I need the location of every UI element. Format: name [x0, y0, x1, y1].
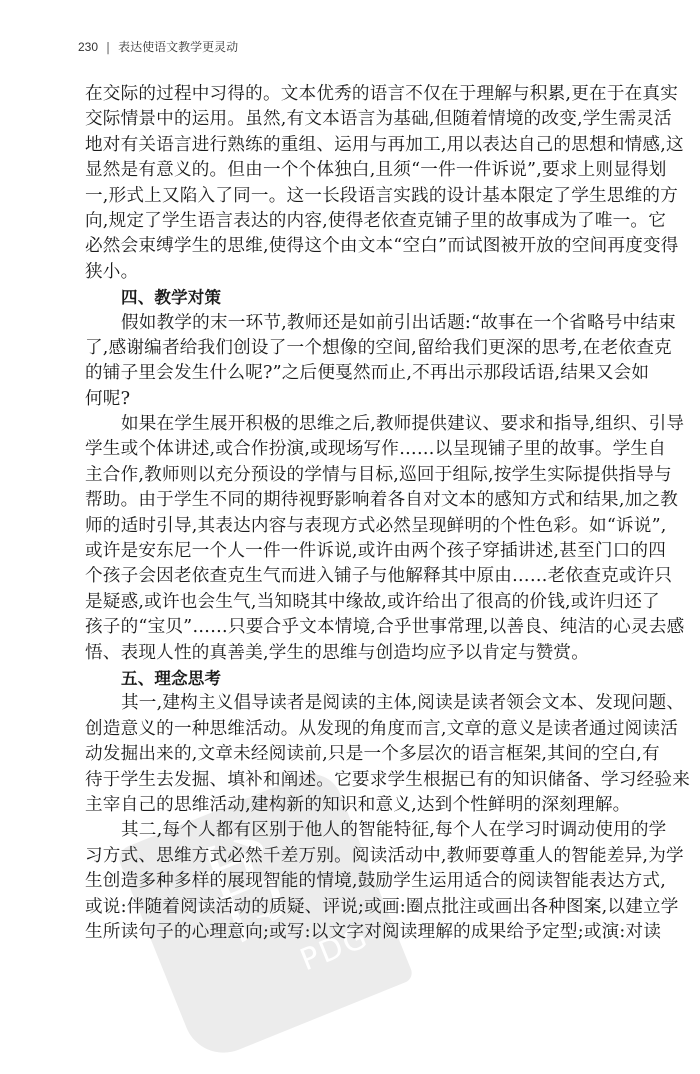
paragraph-last-line: 悟、表现人性的真善美,学生的思维与创造均应予以肯定与赞赏。	[85, 641, 645, 666]
paragraph-first-line: 其一,建构主义倡导读者是阅读的主体,阅读是读者领会文本、发现问题、	[85, 691, 645, 716]
text-line: 生所读句子的心理意向;或写:以文字对阅读理解的成果给予定型;或演:对读	[85, 920, 645, 945]
text-line: 向,规定了学生语言表达的内容,使得老依查克铺子里的故事成为了唯一。它	[85, 209, 645, 234]
header-separator: |	[106, 40, 110, 54]
text-line: 创造意义的一种思维活动。从发现的角度而言,文章的意义是读者通过阅读活	[85, 717, 645, 742]
running-head: 230|表达使语文教学更灵动	[78, 38, 238, 55]
text-line: 动发掘出来的,文章未经阅读前,只是一个多层次的语言框架,其间的空白,有	[85, 742, 645, 767]
text-line: 或说:伴随着阅读活动的质疑、评说;或画:圈点批注或画出各种图案,以建立学	[85, 895, 645, 920]
text-line: 一,形式上又陷入了同一。这一长段语言实践的设计基本限定了学生思维的方	[85, 184, 645, 209]
text-line: 是疑惑,或许也会生气,当知晓其中缘故,或许给出了很高的价钱,或许归还了	[85, 590, 645, 615]
text-line: 的铺子里会发生什么呢?”之后便戛然而止,不再出示那段话语,结果又会如	[85, 361, 645, 386]
paragraph-first-line: 假如教学的末一环节,教师还是如前引出话题:“故事在一个省略号中结束	[85, 311, 645, 336]
section-heading: 五、理念思考	[85, 666, 645, 691]
text-line: 或许是安东尼一个人一件一件诉说,或许由两个孩子穿插讲述,甚至门口的四	[85, 539, 645, 564]
paragraph-last-line: 狭小。	[85, 260, 645, 285]
text-line: 地对有关语言进行熟练的重组、运用与再加工,用以表达自己的思想和情感,这	[85, 133, 645, 158]
text-line: 在交际的过程中习得的。文本优秀的语言不仅在于理解与积累,更在于在真实	[85, 82, 645, 107]
text-line: 帮助。由于学生不同的期待视野影响着各自对文本的感知方式和结果,加之教	[85, 488, 645, 513]
text-line: 主合作,教师则以充分预设的学情与目标,巡回于组际,按学生实际提供指导与	[85, 463, 645, 488]
text-line: 个孩子会因老依查克生气而进入铺子与他解释其中原由……老依查克或许只	[85, 564, 645, 589]
text-line: 师的适时引导,其表达内容与表现方式必然呈现鲜明的个性色彩。如“诉说”,	[85, 514, 645, 539]
text-line: 孩子的“宝贝”……只要合乎文本情境,合乎世事常理,以善良、纯洁的心灵去感	[85, 615, 645, 640]
text-line: 显然是有意义的。但由一个个体独白,且须“一件一件诉说”,要求上则显得划	[85, 158, 645, 183]
text-line: 习方式、思维方式必然千差万别。阅读活动中,教师要尊重人的智能差异,为学	[85, 844, 645, 869]
page-body: 在交际的过程中习得的。文本优秀的语言不仅在于理解与积累,更在于在真实交际情景中的…	[85, 82, 645, 945]
text-line: 必然会束缚学生的思维,使得这个由文本“空白”而试图被开放的空间再度变得	[85, 234, 645, 259]
paragraph-last-line: 何呢?	[85, 387, 645, 412]
text-line: 待于学生去发掘、填补和阐述。它要求学生根据已有的知识储备、学习经验来	[85, 768, 645, 793]
page-number: 230	[78, 40, 98, 54]
book-title: 表达使语文教学更灵动	[118, 40, 238, 54]
paragraph-first-line: 其二,每个人都有区别于他人的智能特征,每个人在学习时调动使用的学	[85, 818, 645, 843]
section-heading: 四、教学对策	[85, 285, 645, 310]
text-line: 了,感谢编者给我们创设了一个想像的空间,留给我们更深的思考,在老依查克	[85, 336, 645, 361]
text-line: 交际情景中的运用。虽然,有文本语言为基础,但随着情境的改变,学生需灵活	[85, 107, 645, 132]
text-line: 生创造多种多样的展现智能的情境,鼓励学生运用适合的阅读智能表达方式,	[85, 869, 645, 894]
paragraph-last-line: 主宰自己的思维活动,建构新的知识和意义,达到个性鲜明的深刻理解。	[85, 793, 645, 818]
text-line: 学生或个体讲述,或合作扮演,或现场写作……以呈现铺子里的故事。学生自	[85, 437, 645, 462]
paragraph-first-line: 如果在学生展开积极的思维之后,教师提供建议、要求和指导,组织、引导	[85, 412, 645, 437]
